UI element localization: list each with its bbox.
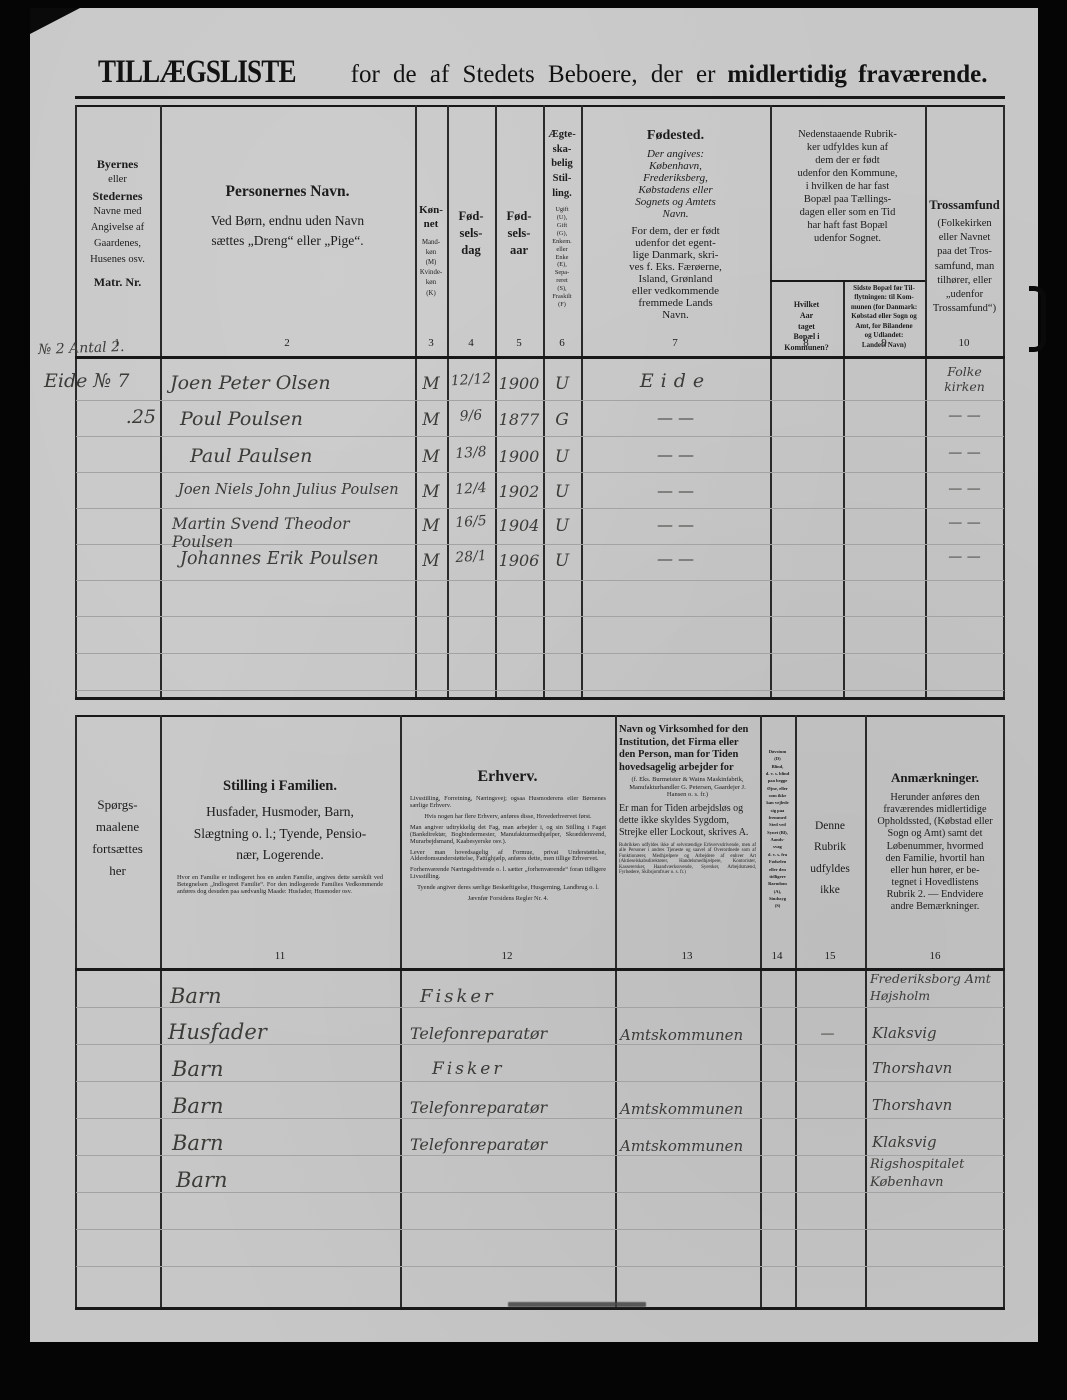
cell-remarks: Frederiksborg Amt Højsholm	[870, 970, 1003, 1004]
ruled-line	[76, 436, 1004, 437]
ruled-line	[76, 1229, 1004, 1230]
header-sex-sub: Mand- køn (M) Kvinde- køn (K)	[415, 238, 447, 299]
cell-sex: M	[415, 551, 447, 571]
cell-employer: Amtskommunen	[620, 1100, 762, 1118]
occupation-paragraph: Lever man hovedsagelig af Formue, privat…	[410, 850, 606, 864]
col-number-16: 16	[915, 950, 955, 962]
col-number-5: 5	[499, 337, 539, 349]
occupation-paragraph: Jævnfør Forsidens Regler Nr. 4.	[410, 896, 606, 903]
table2-numbers-rule	[75, 968, 1005, 971]
cell-status: U	[543, 482, 581, 502]
cell-denomination: — —	[925, 481, 1004, 497]
col-number-6: 6	[542, 337, 582, 349]
header-birthplace-title: Fødested.	[581, 128, 770, 144]
employer-paragraph-3: Rubrikken udfyldes ikke af selvstændige …	[619, 843, 756, 876]
occupation-paragraph: Forhenværende Næringsdrivende o. l. sætt…	[410, 867, 606, 881]
header-status-title: Ægte- ska- belig Stil- ling.	[543, 128, 581, 201]
ruled-line	[76, 580, 1004, 581]
cell-occupation: Telefonreparatør	[410, 1024, 610, 1043]
header-not-filled: Denne Rubrik udfyldes ikke	[795, 816, 865, 916]
cell-birthyear: 1906	[495, 551, 543, 570]
cell-birthday: 9/6	[447, 406, 496, 425]
cell-occupation: Telefonreparatør	[410, 1135, 610, 1154]
header-employer: Navn og Virksomhed for den Institution, …	[619, 724, 756, 952]
cell-family-position: Barn	[172, 1131, 380, 1155]
cell-birthyear: 1900	[495, 374, 543, 393]
cell-name: Joen Peter Olsen	[170, 372, 413, 394]
cell-sex: M	[415, 410, 447, 430]
header-place-bold1: Byernes	[75, 156, 160, 172]
header-birthday-title: Fød- sels- dag	[447, 208, 495, 259]
employer-paragraph-main: Navn og Virksomhed for den Institution, …	[619, 724, 756, 774]
cell-family-position: Barn	[172, 1094, 380, 1118]
census-form-page: TILLÆGSLISTE for de af Stedets Beboere, …	[30, 8, 1038, 1342]
scan-stage: TILLÆGSLISTE for de af Stedets Beboere, …	[0, 0, 1067, 1400]
occupation-paragraph: Man angiver udtrykkelig det Fag, man arb…	[410, 825, 606, 846]
occupation-paragraph: Livsstilling, Forretning, Næringsvej; og…	[410, 796, 606, 810]
col-number-13: 13	[667, 950, 707, 962]
table1-top-border	[75, 105, 1005, 107]
ruled-line	[76, 472, 1004, 473]
ruled-line	[76, 1081, 1004, 1082]
occupation-paragraph: Hvis nogen har flere Erhverv, anføres di…	[410, 814, 606, 821]
header-birthyear-title: Fød- sels- aar	[495, 208, 543, 259]
cell-mark: —	[800, 1026, 855, 1042]
cell-sex: M	[415, 374, 447, 394]
cell-denomination: — —	[925, 408, 1004, 424]
col-divider	[795, 715, 797, 1310]
form-title-end: midlertidig fraværende.	[727, 61, 987, 89]
cell-birthplace: Eide	[581, 370, 770, 392]
col-number-7: 7	[655, 337, 695, 349]
ruled-line	[76, 1044, 1004, 1045]
table2-bottom-border	[75, 1307, 1005, 1310]
header-denomination-title: Trossamfund	[925, 198, 1004, 213]
cell-denomination: — —	[925, 549, 1004, 565]
header-sex: Køn- net Mand- køn (M) Kvinde- køn (K)	[415, 203, 447, 338]
cell-occupation: Fisker	[420, 986, 610, 1007]
header-place-matr: Matr. Nr.	[75, 274, 160, 290]
occupation-paragraph: Tyende angiver deres særlige Beskæftigel…	[410, 885, 606, 892]
ruled-line	[76, 508, 1004, 509]
ruled-line	[76, 1266, 1004, 1267]
header-denomination: Trossamfund (Folkekirken eller Navnet pa…	[925, 198, 1004, 340]
cell-matr: .25	[44, 406, 156, 428]
header-side-label: Spørgs- maalene fortsættes her	[75, 794, 160, 904]
group-8-9-separator	[770, 280, 925, 282]
cell-birthday: 16/5	[447, 512, 496, 531]
col-divider	[415, 105, 417, 700]
cell-remarks: Rigshospitalet København	[870, 1156, 1003, 1192]
ruled-line	[76, 690, 1004, 691]
header-remarks-body: Herunder anføres den fraværendes midlert…	[865, 792, 1005, 913]
cell-birthday: 12/4	[447, 479, 496, 498]
cell-remarks: Thorshavn	[872, 1096, 1003, 1114]
col-divider	[925, 105, 927, 700]
cell-birthyear: 1902	[495, 482, 543, 501]
header-birthplace-p2: For dem, der er født udenfor det egent- …	[581, 225, 770, 321]
cell-remarks: Klaksvig	[872, 1024, 1003, 1042]
header-birthyear: Fød- sels- aar	[495, 208, 543, 272]
header-place: Byernes eller Stedernes Navne med Angive…	[75, 156, 160, 338]
table1-border-right	[1003, 105, 1005, 700]
header-name-title: Personernes Navn.	[160, 183, 415, 201]
ruled-line	[76, 653, 1004, 654]
cell-name: Paul Paulsen	[190, 445, 413, 467]
col-number-12: 12	[487, 950, 527, 962]
col-number-2: 2	[267, 337, 307, 349]
ruled-line	[76, 616, 1004, 617]
form-title-middle: for de af Stedets Beboere, der er	[351, 61, 716, 89]
header-place-bold2: Stedernes	[75, 188, 160, 204]
col-number-10: 10	[944, 337, 984, 349]
cell-status: U	[543, 447, 581, 467]
cell-birthyear: 1904	[495, 516, 543, 535]
cell-birthplace: — —	[581, 408, 770, 427]
cell-family-position: Barn	[170, 984, 380, 1008]
header-disability: Døvstum (D) Blind, d. v. s. blind paa be…	[761, 748, 794, 948]
ruled-line	[76, 1118, 1004, 1119]
title-rule	[75, 96, 1005, 99]
col-divider	[447, 105, 449, 700]
cell-sex: M	[415, 482, 447, 502]
cell-remarks: Thorshavn	[872, 1059, 1003, 1077]
header-occupation-body: Livsstilling, Forretning, Næringsvej; og…	[410, 796, 606, 950]
cell-birthday: 12/12	[447, 370, 496, 389]
form-title: TILLÆGSLISTE for de af Stedets Beboere, …	[80, 54, 1005, 91]
cell-status: U	[543, 374, 581, 394]
cell-sex: M	[415, 447, 447, 467]
header-group-8-9: Nedenstaaende Rubrik- ker udfyldes kun a…	[771, 128, 924, 278]
ruled-line	[76, 400, 1004, 401]
cell-remarks: Klaksvig	[872, 1133, 1003, 1151]
cell-denomination: Folke kirken	[925, 364, 1004, 394]
printer-imprint	[508, 1302, 646, 1307]
cell-status: U	[543, 551, 581, 571]
cell-matr: Eide № 7	[44, 370, 156, 392]
cell-birthday: 13/8	[447, 443, 496, 462]
col-divider	[615, 715, 617, 1310]
cell-family-position: Barn	[172, 1057, 380, 1081]
cell-sex: M	[415, 516, 447, 536]
scan-bracket-artifact	[1029, 286, 1046, 352]
col-divider	[400, 715, 402, 1310]
header-place-line: eller	[75, 172, 160, 188]
cell-family-position: Husfader	[168, 1020, 380, 1044]
cell-employer: Amtskommunen	[620, 1137, 762, 1155]
cell-name: Johannes Erik Poulsen	[180, 549, 413, 569]
header-occupation-title: Erhverv.	[400, 768, 615, 792]
margin-annotation: № 2 Antal 2.	[38, 336, 208, 358]
cell-family-position: Barn	[176, 1168, 380, 1192]
header-birthplace-p1: Der angives: København, Frederiksberg, K…	[581, 148, 770, 220]
header-denomination-sub: (Folkekirken eller Navnet paa det Tros- …	[925, 217, 1004, 316]
cell-name: Poul Poulsen	[180, 408, 413, 430]
header-status: Ægte- ska- belig Stil- ling. Ugift (U), …	[543, 128, 581, 338]
cell-employer: Amtskommunen	[620, 1026, 762, 1044]
scan-corner-artifact	[30, 8, 80, 34]
form-title-word: TILLÆGSLISTE	[98, 54, 296, 91]
ruled-line	[76, 1192, 1004, 1193]
col-divider	[495, 105, 497, 700]
header-birthday: Fød- sels- dag	[447, 208, 495, 272]
employer-paragraph-fine: (f. Eks. Burmeister & Wains Maskinfabrik…	[619, 776, 756, 799]
header-remarks: Anmærkninger. Herunder anføres den fravæ…	[865, 770, 1005, 950]
col-number-3: 3	[411, 337, 451, 349]
col-number-8: 8	[786, 337, 826, 349]
header-name: Personernes Navn. Ved Børn, endnu uden N…	[160, 183, 415, 263]
cell-birthday: 28/1	[447, 547, 496, 566]
header-name-sub: Ved Børn, endnu uden Navn sættes „Dreng“…	[160, 211, 415, 252]
header-family-sub: Husfader, Husmoder, Barn, Slægtning o. l…	[160, 801, 400, 866]
col-number-4: 4	[451, 337, 491, 349]
col-number-15: 15	[810, 950, 850, 962]
header-family-title: Stilling i Familien.	[160, 778, 400, 795]
cell-name: Martin Svend Theodor Poulsen	[172, 515, 413, 551]
header-remarks-title: Anmærkninger.	[865, 770, 1005, 786]
header-status-sub: Ugift (U), Gift (G), Enkem. eller Enke (…	[543, 206, 581, 308]
cell-birthplace: — —	[581, 445, 770, 464]
cell-denomination: — —	[925, 445, 1004, 461]
cell-denomination: — —	[925, 515, 1004, 531]
cell-birthyear: 1877	[495, 410, 543, 429]
header-birthplace: Fødested. Der angives: København, Freder…	[581, 128, 770, 338]
table1-bottom-border	[75, 697, 1005, 700]
cell-occupation: Telefonreparatør	[410, 1098, 610, 1117]
ruled-line	[76, 1155, 1004, 1156]
col-number-11: 11	[260, 950, 300, 962]
col-number-14: 14	[757, 950, 797, 962]
cell-status: G	[543, 410, 581, 430]
header-family-fine: Hvor en Familie er indlogeret hos en and…	[177, 875, 383, 896]
cell-name: Joen Niels John Julius Poulsen	[178, 482, 413, 498]
header-family-position: Stilling i Familien. Husfader, Husmoder,…	[160, 778, 400, 950]
cell-occupation: Fisker	[432, 1059, 610, 1079]
cell-birthplace: — —	[581, 549, 770, 568]
employer-paragraph-2: Er man for Tiden arbejdsløs og dette ikk…	[619, 803, 756, 839]
cell-birthyear: 1900	[495, 447, 543, 466]
cell-birthplace: — —	[581, 481, 770, 500]
cell-status: U	[543, 516, 581, 536]
header-sex-title: Køn- net	[415, 203, 447, 232]
cell-birthplace: — —	[581, 515, 770, 534]
table1-numbers-rule	[75, 356, 1005, 359]
header-place-rest: Navne med Angivelse af Gaardenes, Husene…	[75, 204, 160, 268]
col-number-9: 9	[864, 337, 904, 349]
